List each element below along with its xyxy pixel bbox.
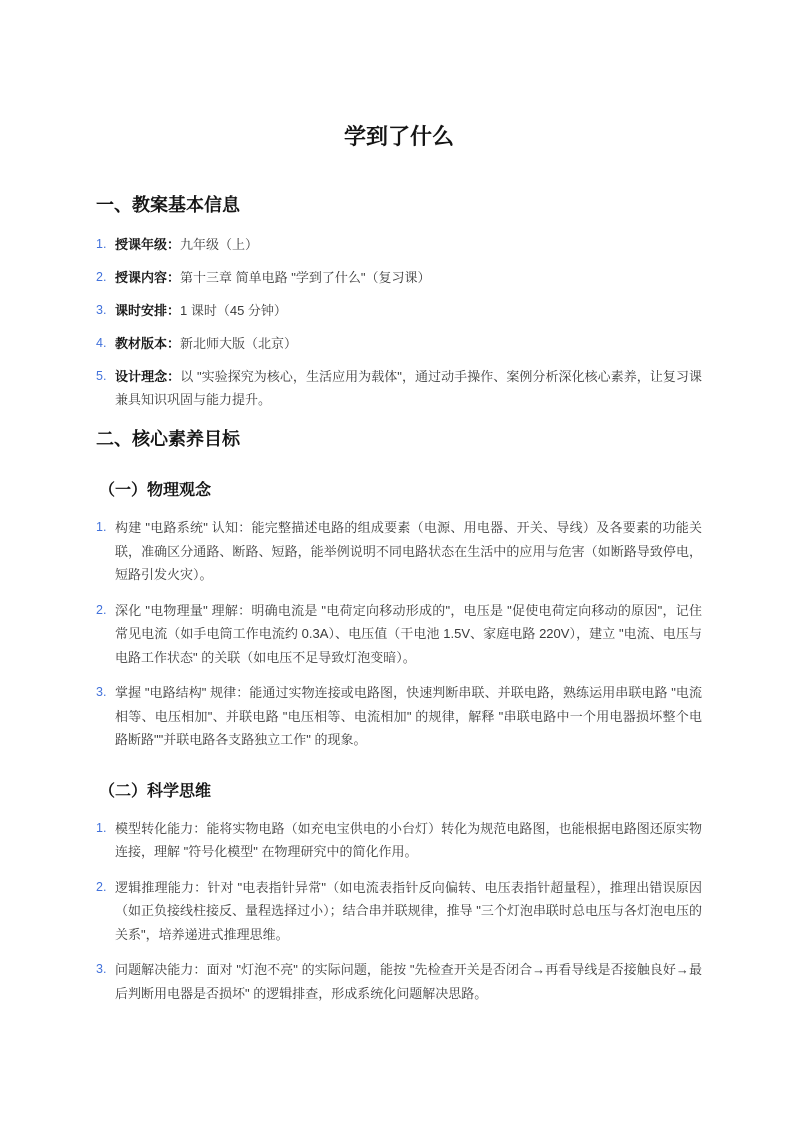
section-core-competency-goals: 二、核心素养目标 （一）物理观念 构建 "电路系统" 认知：能完整描述电路的组成… — [96, 425, 702, 1005]
list-item-textbook: 教材版本：新北师大版（北京） — [96, 332, 702, 355]
list-item-content: 授课内容：第十三章 简单电路 "学到了什么"（复习课） — [96, 266, 702, 289]
document-page: 学到了什么 一、教案基本信息 授课年级：九年级（上） 授课内容：第十三章 简单电… — [0, 0, 794, 1123]
item-label-schedule: 课时安排： — [115, 303, 180, 318]
item-label-content: 授课内容： — [115, 270, 180, 285]
item-text-schedule: 1 课时（45 分钟） — [180, 303, 287, 318]
section-heading-basic-info: 一、教案基本信息 — [96, 191, 702, 217]
scientific-thinking-list: 模型转化能力：能将实物电路（如充电宝供电的小台灯）转化为规范电路图，也能根据电路… — [96, 817, 702, 1006]
page-title: 学到了什么 — [96, 120, 702, 151]
section-heading-core-goals: 二、核心素养目标 — [96, 425, 702, 451]
item-label-textbook: 教材版本： — [115, 336, 180, 351]
physics-concepts-list: 构建 "电路系统" 认知：能完整描述电路的组成要素（电源、用电器、开关、导线）及… — [96, 516, 702, 752]
objective-item-problem-solving: 问题解决能力：面对 "灯泡不亮" 的实际问题，能按 "先检查开关是否闭合→再看导… — [96, 958, 702, 1005]
subsection-heading-scientific-thinking: （二）科学思维 — [96, 778, 702, 801]
section-basic-info: 一、教案基本信息 授课年级：九年级（上） 授课内容：第十三章 简单电路 "学到了… — [96, 191, 702, 411]
objective-item-circuit-system: 构建 "电路系统" 认知：能完整描述电路的组成要素（电源、用电器、开关、导线）及… — [96, 516, 702, 587]
objective-item-circuit-structure: 掌握 "电路结构" 规律：能通过实物连接或电路图，快速判断串联、并联电路，熟练运… — [96, 681, 702, 752]
objective-item-model-conversion: 模型转化能力：能将实物电路（如充电宝供电的小台灯）转化为规范电路图，也能根据电路… — [96, 817, 702, 864]
list-item-design-concept: 设计理念：以 "实验探究为核心，生活应用为载体"，通过动手操作、案例分析深化核心… — [96, 365, 702, 411]
item-text-grade: 九年级（上） — [180, 237, 258, 252]
subsection-heading-physics-concepts: （一）物理观念 — [96, 477, 702, 500]
item-text-content: 第十三章 简单电路 "学到了什么"（复习课） — [180, 270, 430, 285]
objective-item-electrical-quantities: 深化 "电物理量" 理解：明确电流是 "电荷定向移动形成的"，电压是 "促使电荷… — [96, 599, 702, 670]
objective-item-logical-reasoning: 逻辑推理能力：针对 "电表指针异常"（如电流表指针反向偏转、电压表指针超量程），… — [96, 876, 702, 947]
item-text-design-concept: 以 "实验探究为核心，生活应用为载体"，通过动手操作、案例分析深化核心素养，让复… — [115, 369, 702, 407]
item-label-grade: 授课年级： — [115, 237, 180, 252]
list-item-schedule: 课时安排：1 课时（45 分钟） — [96, 299, 702, 322]
basic-info-list: 授课年级：九年级（上） 授课内容：第十三章 简单电路 "学到了什么"（复习课） … — [96, 233, 702, 411]
list-item-grade: 授课年级：九年级（上） — [96, 233, 702, 256]
item-text-textbook: 新北师大版（北京） — [180, 336, 297, 351]
item-label-design-concept: 设计理念： — [115, 369, 180, 384]
